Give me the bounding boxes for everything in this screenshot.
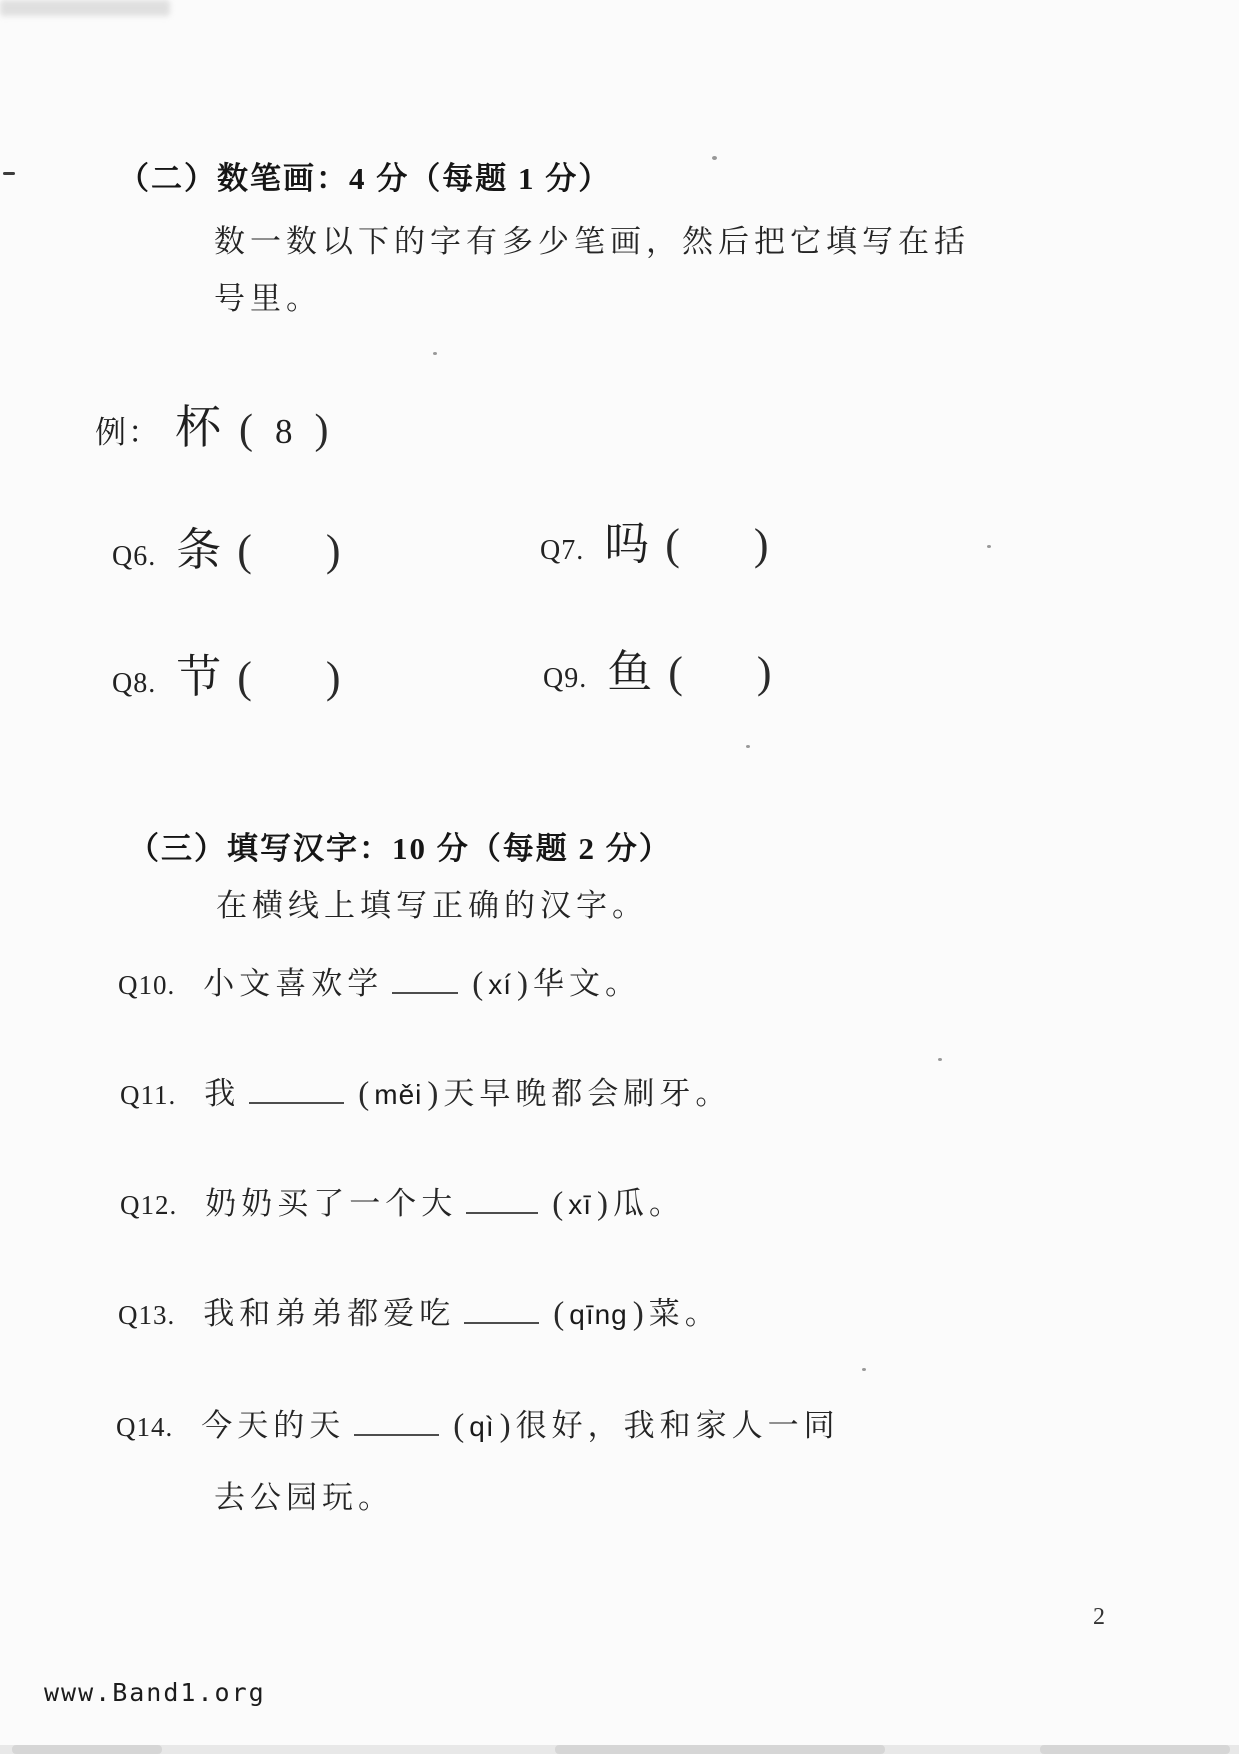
answer-blank <box>249 1096 344 1104</box>
scan-speck <box>862 1368 866 1371</box>
question-row-q8: Q8.节() <box>112 655 341 700</box>
sentence-before-blank: 我和弟弟都爱吃 <box>203 1296 455 1331</box>
answer-blank <box>354 1428 439 1436</box>
paren-open: ( <box>547 1186 568 1222</box>
scan-speck <box>712 156 717 160</box>
pinyin-hint: qīng <box>569 1299 628 1330</box>
question-row-q6: Q6.条() <box>112 528 341 573</box>
paren-open: ( <box>353 1076 374 1112</box>
example-answer: 8 <box>275 412 293 451</box>
section-two-title: （二）数笔画：4 分（每题 1 分） <box>118 163 611 194</box>
scan-dash-mark <box>3 172 15 175</box>
paren-open: ( <box>237 653 252 702</box>
pinyin-hint: měi <box>374 1079 422 1110</box>
pinyin-hint: xí <box>488 969 512 1000</box>
question-row-q9: Q9.鱼() <box>543 650 772 695</box>
paren-open: ( <box>548 1296 569 1332</box>
paren-close: ) <box>754 520 769 569</box>
question-row-q11: Q11.我(měi)天早晚都会刷牙。 <box>120 1078 731 1111</box>
question-character: 节 <box>176 652 221 702</box>
paren-open: ( <box>467 966 488 1002</box>
pinyin-hint: qì <box>469 1411 494 1442</box>
answer-blank <box>466 1206 538 1214</box>
question-character: 吗 <box>604 519 649 569</box>
question-id: Q11. <box>120 1080 176 1110</box>
sentence-after: 菜。 <box>649 1296 721 1331</box>
paren-close: ) <box>512 966 533 1002</box>
scan-bottom-blob <box>12 1745 162 1754</box>
paren-open: ( <box>448 1408 469 1444</box>
paren-close: ) <box>757 648 772 697</box>
sentence-after: 天早晚都会刷牙。 <box>443 1076 731 1111</box>
question-row-q14: Q14.今天的天(qì)很好，我和家人一同 <box>116 1410 840 1443</box>
question-row-q13: Q13.我和弟弟都爱吃(qīng)菜。 <box>118 1298 721 1331</box>
example-character: 杯 <box>175 402 221 453</box>
section-two-instruction-line2: 号里。 <box>214 283 322 314</box>
question-id: Q10. <box>118 970 175 1000</box>
example-label: 例： <box>95 415 161 450</box>
sentence-before-blank: 今天的天 <box>201 1408 345 1443</box>
question-id: Q9. <box>543 663 587 694</box>
scan-speck <box>433 352 437 355</box>
paren-close: ) <box>326 653 341 702</box>
section-two-instruction-line1: 数一数以下的字有多少笔画，然后把它填写在括 <box>214 226 970 257</box>
paren-close: ) <box>592 1186 613 1222</box>
answer-blank <box>464 1316 539 1324</box>
scan-speck <box>987 545 991 548</box>
sentence-before-blank: 小文喜欢学 <box>203 966 383 1001</box>
section-three-instruction: 在横线上填写正确的汉字。 <box>216 890 648 921</box>
footer-website: www.Band1.org <box>44 1680 266 1705</box>
example-row: 例：杯(8) <box>95 405 329 451</box>
paren-open: ( <box>239 407 253 453</box>
sentence-after: 华文。 <box>533 966 641 1001</box>
scan-speck <box>938 1058 942 1061</box>
scan-ghost-smudge <box>0 0 170 16</box>
paren-close: ) <box>326 526 341 575</box>
paren-close: ) <box>628 1296 649 1332</box>
paren-open: ( <box>665 520 680 569</box>
question-character: 鱼 <box>607 647 652 697</box>
question-row-q12: Q12.奶奶买了一个大(xī)瓜。 <box>120 1188 685 1221</box>
sentence-before-blank: 奶奶买了一个大 <box>205 1186 457 1221</box>
question-q14-line2: 去公园玩。 <box>214 1482 394 1513</box>
paren-open: ( <box>668 648 683 697</box>
answer-blank <box>392 986 458 994</box>
scan-bottom-blob <box>1040 1745 1230 1754</box>
paren-open: ( <box>237 526 252 575</box>
paren-close: ) <box>495 1408 516 1444</box>
question-id: Q13. <box>118 1300 175 1330</box>
sentence-after: 很好，我和家人一同 <box>516 1408 840 1443</box>
page-number: 2 <box>1093 1605 1105 1629</box>
question-id: Q12. <box>120 1190 177 1220</box>
question-id: Q7. <box>540 535 584 566</box>
paren-close: ) <box>422 1076 443 1112</box>
sentence-before-blank: 我 <box>204 1076 240 1111</box>
question-id: Q6. <box>112 541 156 572</box>
question-id: Q14. <box>116 1412 173 1442</box>
question-character: 条 <box>176 525 221 575</box>
paren-close: ) <box>315 407 329 453</box>
question-id: Q8. <box>112 668 156 699</box>
pinyin-hint: xī <box>568 1189 592 1220</box>
question-row-q10: Q10.小文喜欢学(xí)华文。 <box>118 968 641 1001</box>
scan-bottom-blob <box>555 1745 885 1754</box>
question-row-q7: Q7.吗() <box>540 522 769 567</box>
sentence-after: 瓜。 <box>613 1186 685 1221</box>
section-three-title: （三）填写汉字：10 分（每题 2 分） <box>128 833 672 864</box>
scan-speck <box>746 745 750 748</box>
